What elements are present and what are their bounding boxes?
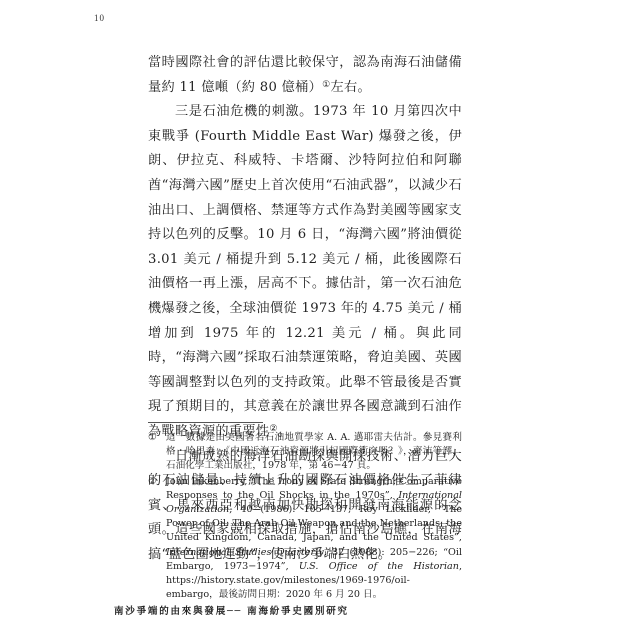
paragraph: 當時國際社會的評估還比較保守，認為南海石油儲備量約 11 億噸（約 80 億桶）… bbox=[148, 51, 462, 100]
paragraph-text: 左右。 bbox=[331, 80, 371, 95]
footnote-text: John Inkenberry, “The Irony of State Str… bbox=[166, 476, 462, 601]
footnote-divider bbox=[148, 422, 263, 423]
footnote-marker: ② bbox=[148, 475, 157, 489]
journal-title: International Studies Quarterly bbox=[166, 547, 324, 558]
paragraph-text: 三是石油危機的刺激。1973 年 10 月第四次中東戰爭 (Fourth Mid… bbox=[148, 104, 462, 439]
footnote-marker: ① bbox=[148, 431, 157, 445]
footnote-text: 這一數據是由美國著名石油地質學家 A. A. 邁耶雷夫估計。參見賽利格・哈里森：… bbox=[166, 432, 462, 471]
footnote-ref[interactable]: ① bbox=[322, 80, 330, 90]
footnotes: ① 這一數據是由美國著名石油地質學家 A. A. 邁耶雷夫估計。參見賽利格・哈里… bbox=[148, 431, 462, 603]
running-footer: 南沙爭端的由來與發展── 南海紛爭史國別研究 bbox=[114, 603, 349, 617]
paragraph: 三是石油危機的刺激。1973 年 10 月第四次中東戰爭 (Fourth Mid… bbox=[148, 100, 462, 444]
paragraph-text: 當時國際社會的評估還比較保守，認為南海石油儲備量約 11 億噸（約 80 億桶） bbox=[148, 55, 462, 95]
page-number: 10 bbox=[94, 13, 105, 23]
footnote-2: ② John Inkenberry, “The Irony of State S… bbox=[148, 475, 462, 603]
source-title: U.S. Office of the Historian bbox=[299, 561, 459, 572]
footnote-1: ① 這一數據是由美國著名石油地質學家 A. A. 邁耶雷夫估計。參見賽利格・哈里… bbox=[148, 431, 462, 474]
footnote-text-part: 這一數據是由美國著名石油地質學家 A. A. 邁耶雷夫估計。參見賽利格・哈里森：… bbox=[166, 432, 462, 471]
